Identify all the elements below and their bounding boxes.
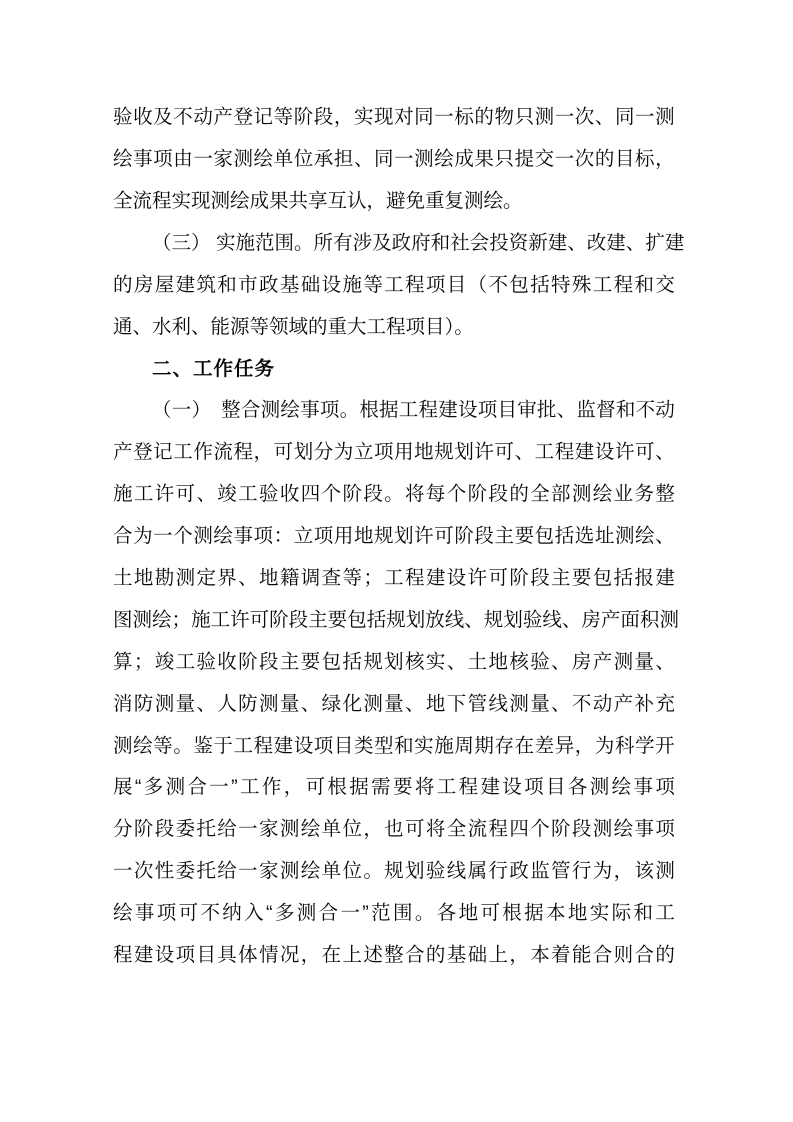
text-line: 土地勘测定界、地籍调查等；工程建设许可阶段主要包括报建 (113, 558, 675, 600)
text-block-container: 验收及不动产登记等阶段，实现对同一标的物只测一次、同一测绘事项由一家测绘单位承担… (113, 97, 675, 977)
text-line: 的房屋建筑和市政基础设施等工程项目（不包括特殊工程和交 (113, 265, 675, 307)
text-line: 展“多测合一”工作，可根据需要将工程建设项目各测绘事项 (113, 767, 675, 809)
text-line: 绘事项可不纳入“多测合一”范围。各地可根据本地实际和工 (113, 893, 675, 935)
text-line: （三） 实施范围。所有涉及政府和社会投资新建、改建、扩建 (113, 223, 675, 265)
text-line: 测绘等。鉴于工程建设项目类型和实施周期存在差异，为科学开 (113, 725, 675, 767)
text-line: 施工许可、竣工验收四个阶段。将每个阶段的全部测绘业务整 (113, 474, 675, 516)
text-line: 程建设项目具体情况，在上述整合的基础上，本着能合则合的 (113, 935, 675, 977)
document-page: 验收及不动产登记等阶段，实现对同一标的物只测一次、同一测绘事项由一家测绘单位承担… (0, 0, 793, 1122)
text-line: 图测绘；施工许可阶段主要包括规划放线、规划验线、房产面积测 (113, 600, 675, 642)
text-line: 全流程实现测绘成果共享互认，避免重复测绘。 (113, 181, 675, 223)
text-line: 一次性委托给一家测绘单位。规划验线属行政监管行为，该测 (113, 851, 675, 893)
text-line: 分阶段委托给一家测绘单位，也可将全流程四个阶段测绘事项 (113, 809, 675, 851)
text-line: 产登记工作流程，可划分为立项用地规划许可、工程建设许可、 (113, 432, 675, 474)
text-line: 合为一个测绘事项：立项用地规划许可阶段主要包括选址测绘、 (113, 516, 675, 558)
text-line: （一） 整合测绘事项。根据工程建设项目审批、监督和不动 (113, 390, 675, 432)
text-line: 通、水利、能源等领域的重大工程项目）。 (113, 306, 675, 348)
text-line: 绘事项由一家测绘单位承担、同一测绘成果只提交一次的目标， (113, 139, 675, 181)
text-line: 算；竣工验收阶段主要包括规划核实、土地核验、房产测量、 (113, 642, 675, 684)
section-heading: 二、工作任务 (113, 348, 675, 390)
text-line: 验收及不动产登记等阶段，实现对同一标的物只测一次、同一测 (113, 97, 675, 139)
text-line: 消防测量、人防测量、绿化测量、地下管线测量、不动产补充 (113, 683, 675, 725)
